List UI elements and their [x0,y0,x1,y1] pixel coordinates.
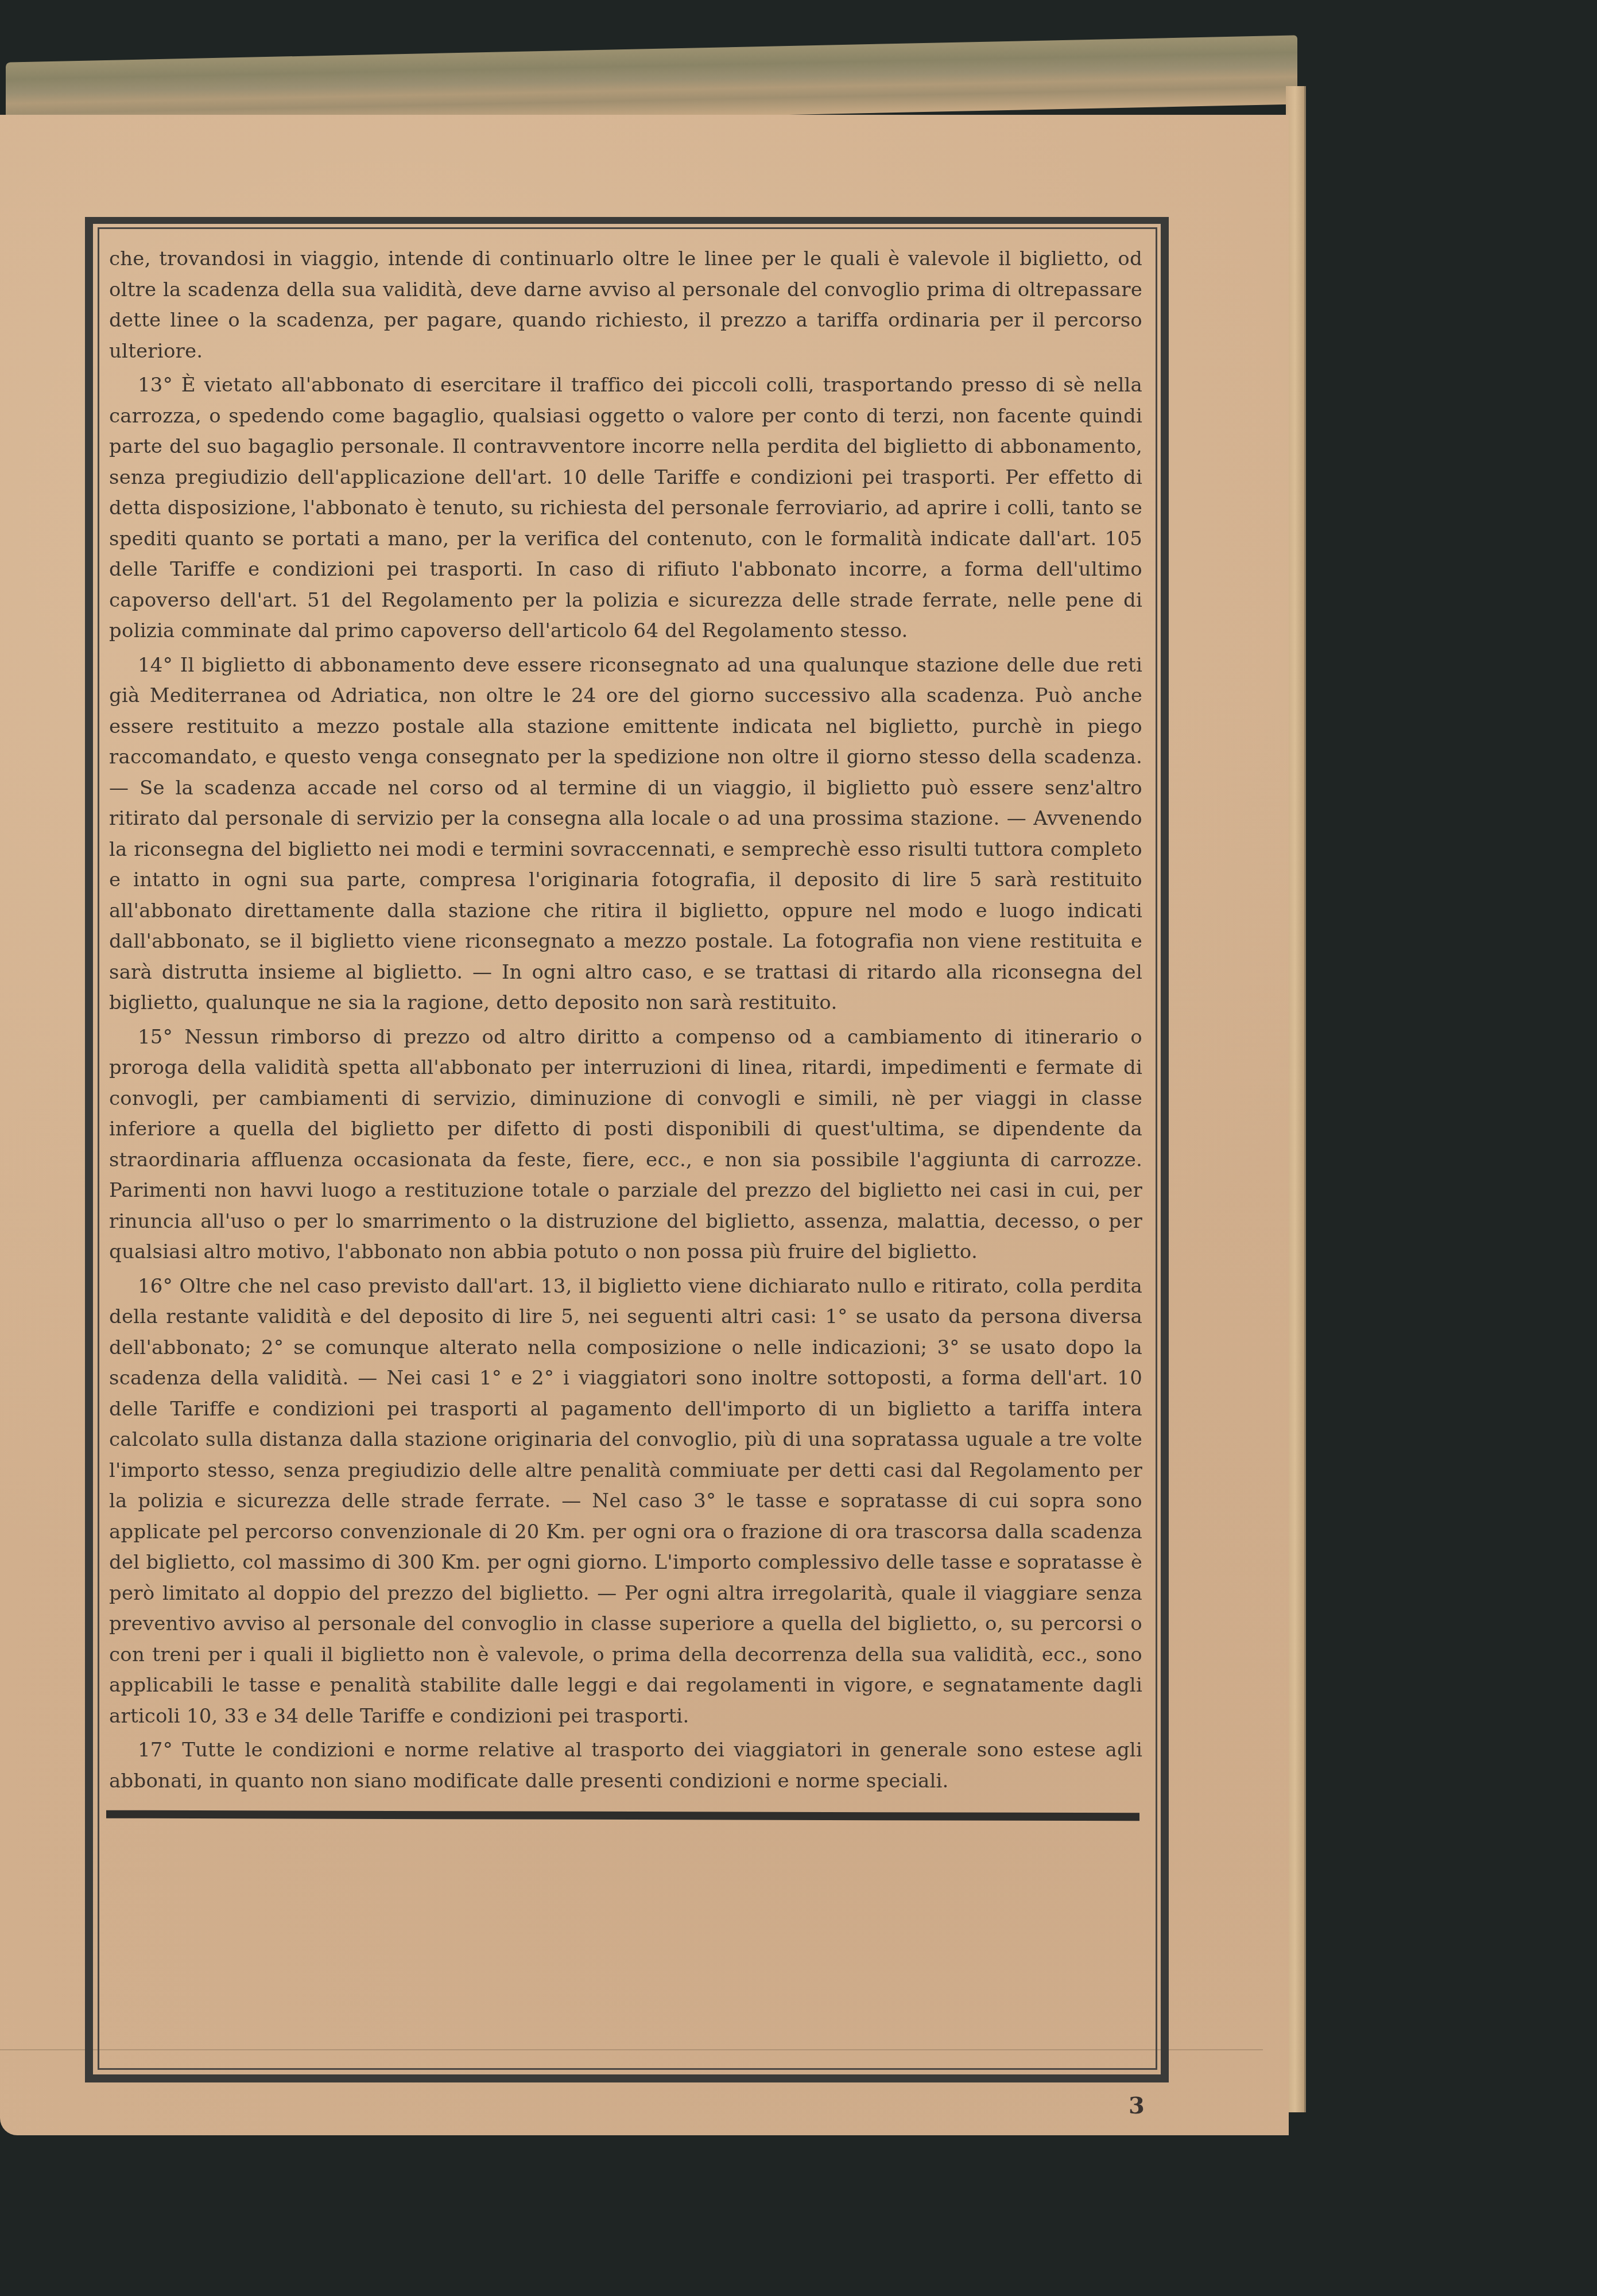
paragraph-17: 17° Tutte le condizioni e norme relative… [109,1735,1142,1797]
paragraph-text: che, trovandosi in viaggio, intende di c… [109,247,1142,363]
paragraph-number: 14° [138,654,173,677]
paragraph-16: 16° Oltre che nel caso previsto dall'art… [109,1271,1142,1732]
paragraph-number: 13° [138,374,173,397]
paragraph-number: 16° [138,1275,173,1298]
paragraph-13: 13° È vietato all'abbonato di esercitare… [109,370,1142,647]
paragraph-number: 15° [138,1026,173,1049]
paragraph-15: 15° Nessun rimborso di prezzo od altro d… [109,1022,1142,1268]
paragraph-text: È vietato all'abbonato di esercitare il … [109,374,1142,642]
page-number: 3 [1129,2092,1145,2119]
paragraph-continuation: che, trovandosi in viaggio, intende di c… [109,244,1142,367]
page-stack-side [1286,86,1306,2112]
paragraph-text: Tutte le condizioni e norme relative al … [109,1739,1142,1793]
paragraph-14: 14° Il biglietto di abbonamento deve ess… [109,650,1142,1019]
paragraph-text: Oltre che nel caso previsto dall'art. 13… [109,1275,1142,1728]
body-text: che, trovandosi in viaggio, intende di c… [109,244,1142,1800]
paragraph-number: 17° [138,1739,173,1762]
paragraph-text: Nessun rimborso di prezzo od altro dirit… [109,1026,1142,1264]
paragraph-text: Il biglietto di abbonamento deve essere … [109,654,1142,1015]
